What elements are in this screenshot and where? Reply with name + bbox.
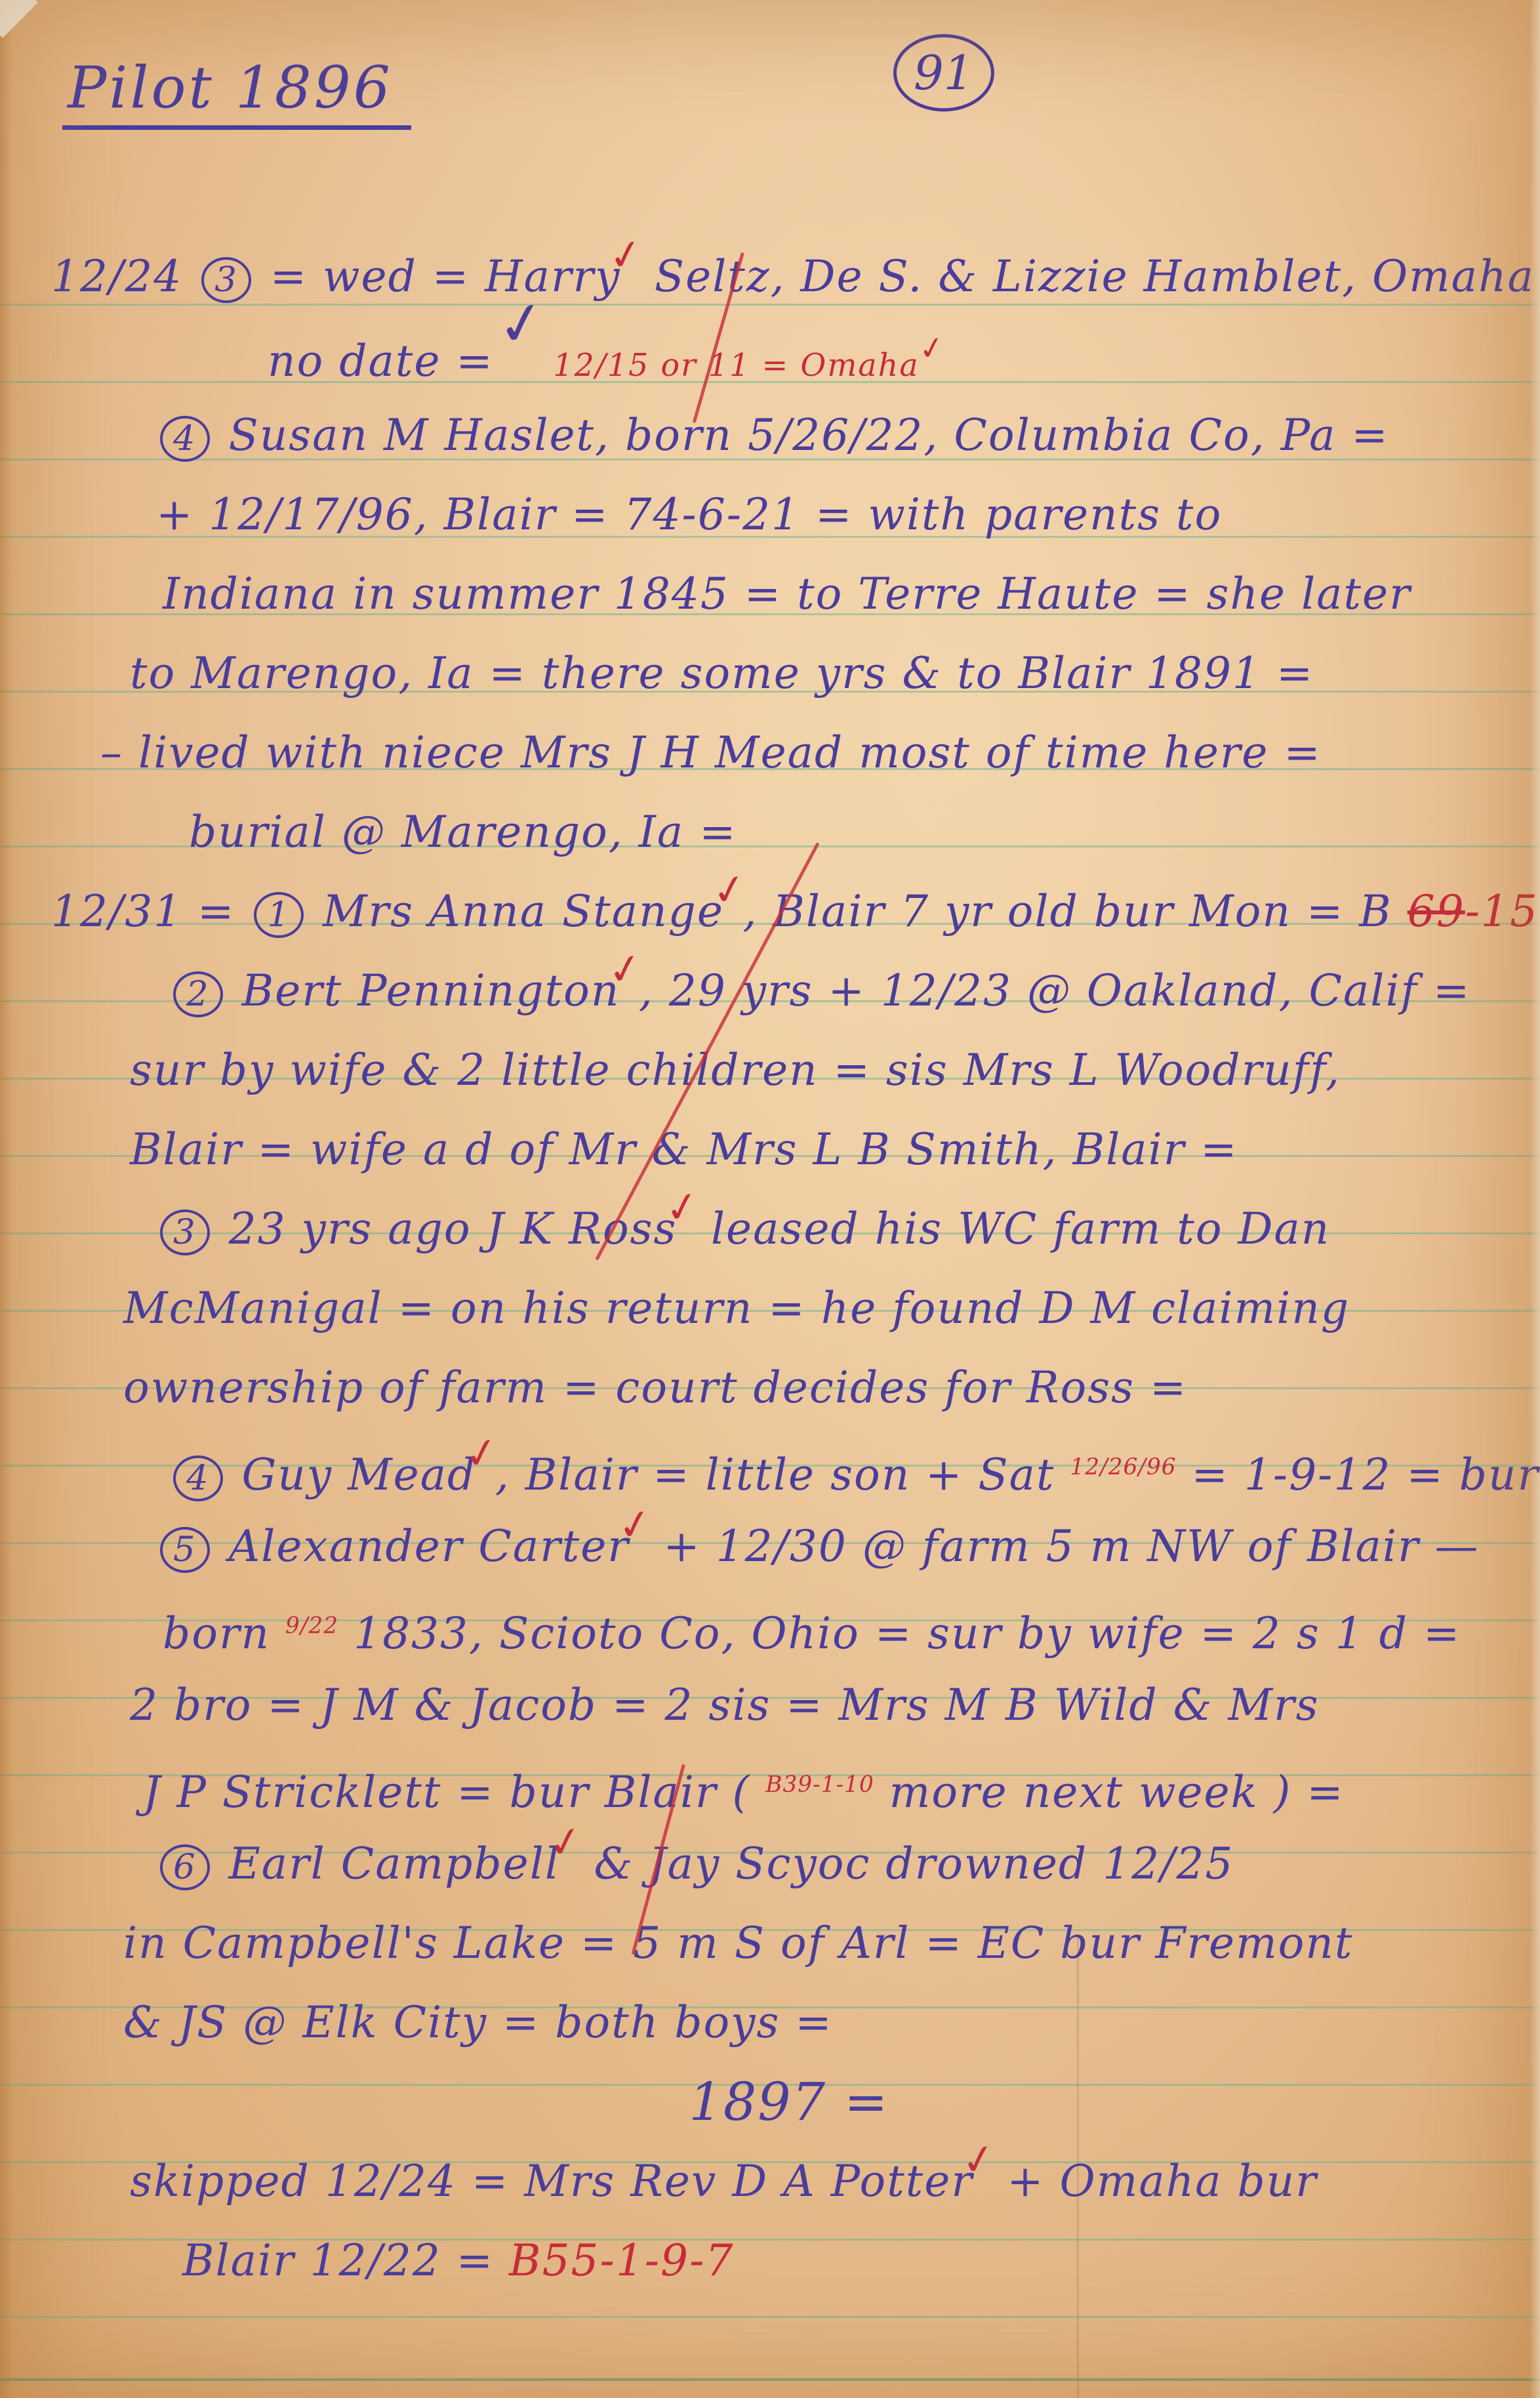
text-segment: Seltz, De S. & Lizzie Hamblet, Omaha <box>639 251 1535 302</box>
handwritten-line: no date = ✓ 12/15 or 11 = Omaha ✓ <box>268 319 1527 399</box>
text-segment: Guy Mead <box>227 1450 477 1500</box>
text-segment: 3 <box>201 257 251 303</box>
handwritten-line: burial @ Marengo, Ia = <box>189 796 1527 875</box>
handwritten-line: J P Stricklett = bur Blair ( B39-1-10 mo… <box>143 1748 1527 1827</box>
text-segment: 1833, Scioto Co, Ohio = sur by wife = 2 … <box>338 1608 1461 1659</box>
handwritten-line: skipped 12/24 = Mrs Rev D A Potter✓ + Om… <box>130 2145 1527 2224</box>
text-segment: in Campbell's Lake = 5 m S of Arl = EC b… <box>123 1918 1353 1968</box>
handwritten-line: 4 Guy Mead✓, Blair = little son + Sat 12… <box>169 1431 1527 1510</box>
handwritten-line: to Marengo, Ia = there some yrs & to Bla… <box>130 637 1527 716</box>
text-segment: more next week ) = <box>874 1767 1345 1818</box>
handwritten-line: 6 Earl Campbell✓ & Jay Scyoc drowned 12/… <box>156 1827 1527 1907</box>
text-segment: Mrs Anna Stange <box>308 886 724 937</box>
text-segment: Alexander Carter <box>214 1521 630 1572</box>
text-segment: & JS @ Elk City = both boys = <box>123 1997 833 2048</box>
text-segment: B39-1-10 <box>765 1772 874 1798</box>
text-segment: 4 <box>173 1455 223 1501</box>
text-segment: Susan M Haslet, born 5/26/22, Columbia C… <box>214 410 1389 460</box>
handwritten-line: ownership of farm = court decides for Ro… <box>123 1351 1527 1431</box>
handwritten-line: 2 Bert Pennington✓, 29 yrs + 12/23 @ Oak… <box>169 954 1527 1034</box>
handwritten-line: born 9/22 1833, Scioto Co, Ohio = sur by… <box>163 1589 1527 1669</box>
page-right-edge <box>1530 0 1540 2398</box>
text-segment: 12/15 or 11 = Omaha <box>542 348 930 384</box>
text-segment: Blair 12/22 = <box>182 2235 509 2286</box>
text-segment: 2 <box>173 971 223 1017</box>
text-segment: ownership of farm = court decides for Ro… <box>123 1362 1187 1413</box>
handwritten-line: 12/31 = 1 Mrs Anna Stange✓, Blair 7 yr o… <box>51 875 1527 954</box>
text-segment: no date = <box>268 336 509 386</box>
page-title: Pilot 1896 <box>62 54 411 130</box>
text-segment: + 12/30 @ farm 5 m NW of Blair — <box>648 1521 1479 1572</box>
text-segment: 23 yrs ago J K Ross <box>214 1204 678 1254</box>
scan-corner <box>0 0 38 38</box>
text-segment: sur by wife & 2 little children = sis Mr… <box>130 1045 1341 1095</box>
page-left-edge <box>0 0 13 2398</box>
handwritten-line: 3 23 yrs ago J K Ross✓ leased his WC far… <box>156 1192 1527 1272</box>
text-segment: 12/24 <box>51 251 197 302</box>
handwritten-line: in Campbell's Lake = 5 m S of Arl = EC b… <box>123 1907 1527 1986</box>
text-segment: , Blair 7 yr old bur Mon = B <box>742 886 1407 937</box>
text-segment: & Jay Scyoc drowned 12/25 <box>578 1839 1234 1889</box>
handwritten-line: sur by wife & 2 little children = sis Mr… <box>130 1034 1527 1113</box>
text-segment: Indiana in summer 1845 = to Terre Haute … <box>163 569 1411 619</box>
handwritten-line: Blair 12/22 = B55-1-9-7 <box>182 2224 1527 2304</box>
text-segment: born <box>163 1608 285 1659</box>
text-segment: skipped 12/24 = Mrs Rev D A Potter <box>130 2156 973 2206</box>
handwritten-line: 1897 = <box>51 2065 1527 2145</box>
text-segment: + 12/17/96, Blair = 74-6-21 = with paren… <box>156 489 1222 540</box>
handwritten-line: 4 Susan M Haslet, born 5/26/22, Columbia… <box>156 399 1527 478</box>
handwritten-line: Indiana in summer 1845 = to Terre Haute … <box>163 558 1527 637</box>
text-segment: = wed = Harry <box>255 251 621 302</box>
text-segment: -15- <box>1465 886 1540 937</box>
text-segment: 69 <box>1408 886 1465 937</box>
text-segment: 2 bro = J M & Jacob = 2 sis = Mrs M B Wi… <box>130 1680 1319 1730</box>
handwritten-line: 2 bro = J M & Jacob = 2 sis = Mrs M B Wi… <box>130 1669 1527 1748</box>
bottom-margin-rule <box>0 2378 1540 2381</box>
text-segment: Blair = wife a d of Mr & Mrs L B Smith, … <box>130 1124 1238 1175</box>
text-segment: Earl Campbell <box>214 1839 560 1889</box>
text-segment: – lived with niece Mrs J H Mead most of … <box>100 727 1322 778</box>
text-segment: to Marengo, Ia = there some yrs & to Bla… <box>130 648 1314 699</box>
text-segment: Bert Pennington <box>227 965 620 1016</box>
handwritten-line: – lived with niece Mrs J H Mead most of … <box>100 716 1527 796</box>
page-number-badge: 91 <box>893 34 994 112</box>
handwritten-line: & JS @ Elk City = both boys = <box>123 1986 1527 2065</box>
handwritten-line: 5 Alexander Carter✓ + 12/30 @ farm 5 m N… <box>156 1510 1527 1589</box>
handwritten-line: + 12/17/96, Blair = 74-6-21 = with paren… <box>156 478 1527 558</box>
text-segment: leased his WC farm to Dan <box>696 1204 1330 1254</box>
text-segment: = 1-9-12 = bur B <box>1177 1450 1540 1500</box>
text-segment: 5 <box>160 1527 210 1573</box>
handwritten-line: 12/24 3 = wed = Harry✓ Seltz, De S. & Li… <box>51 240 1527 319</box>
text-segment: 12/31 = <box>51 886 250 937</box>
notebook-page: Pilot 1896 91 12/24 3 = wed = Harry✓ Sel… <box>0 0 1540 2398</box>
handwritten-line: McManigal = on his return = he found D M… <box>123 1272 1527 1351</box>
handwriting-lines: 12/24 3 = wed = Harry✓ Seltz, De S. & Li… <box>51 240 1527 2304</box>
text-segment: 9/22 <box>285 1613 338 1639</box>
text-segment: 1 <box>254 892 304 938</box>
text-segment: 12/26/96 <box>1070 1454 1177 1480</box>
text-segment: + Omaha bur <box>992 2156 1317 2206</box>
text-segment: McManigal = on his return = he found D M… <box>123 1283 1350 1333</box>
text-segment: B55-1-9-7 <box>509 2235 734 2286</box>
text-segment: , Blair = little son + Sat <box>495 1450 1070 1500</box>
text-segment: 1897 = <box>689 2071 889 2132</box>
text-segment: 4 <box>160 416 210 462</box>
text-segment: burial @ Marengo, Ia = <box>189 807 737 857</box>
text-segment: 6 <box>160 1844 210 1890</box>
text-segment: 3 <box>160 1209 210 1255</box>
handwritten-line: Blair = wife a d of Mr & Mrs L B Smith, … <box>130 1113 1527 1192</box>
text-segment: , 29 yrs + 12/23 @ Oakland, Calif = <box>639 965 1470 1016</box>
